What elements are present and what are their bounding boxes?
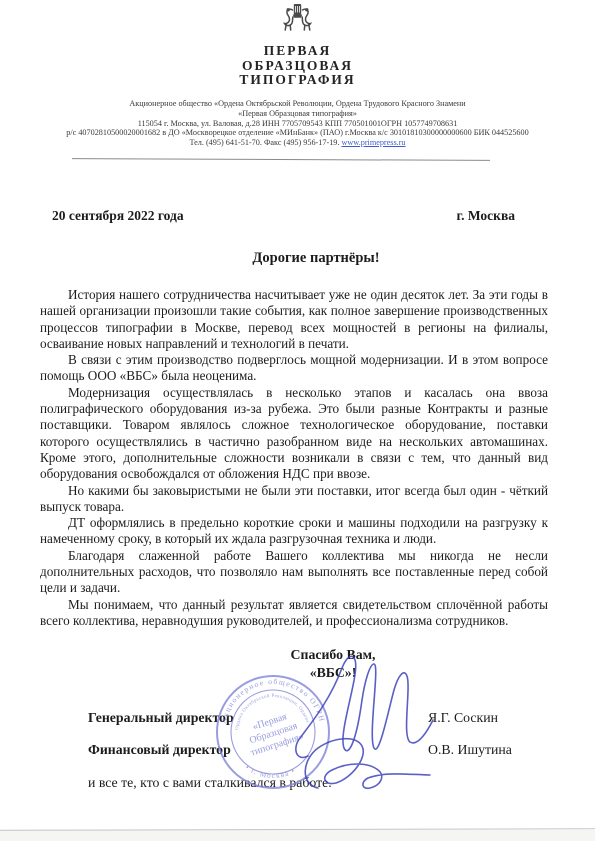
stamp-ring-top-text: Акционерное общество ОГРН [219, 677, 327, 725]
letterhead-address: Акционерное общество «Ордена Октябрьской… [0, 99, 595, 148]
thanks-line: Спасибо Вам, [243, 646, 423, 664]
letter-city: г. Москва [457, 208, 515, 224]
svg-text:Акционерное общество ОГРН: Акционерное общество ОГРН [219, 677, 327, 725]
company-title-line: ПЕРВАЯ [0, 44, 595, 59]
website-link[interactable]: www.primepress.ru [341, 138, 405, 147]
paragraph: Мы понимаем, что данный результат являет… [40, 597, 548, 630]
date-city-row: 20 сентября 2022 года г. Москва [52, 208, 515, 224]
salutation: Дорогие партнёры! [56, 250, 576, 267]
paragraph: Но какими бы заковыристыми не были эти п… [40, 483, 548, 516]
scan-footer-strip [0, 830, 595, 841]
paragraph: ДТ оформлялись в предельно короткие срок… [40, 515, 548, 548]
letter-body: История нашего сотрудничества насчитывае… [40, 287, 548, 629]
company-title-line: ТИПОГРАФИЯ [0, 73, 595, 88]
closing-line: и все те, кто с вами сталкивался в работ… [88, 775, 332, 791]
paragraph: В связи с этим производство подверглось … [40, 352, 548, 385]
address-line: Акционерное общество «Ордена Октябрьской… [0, 99, 595, 109]
paragraph: Модернизация осуществлялась в несколько … [40, 385, 548, 483]
paragraph: Благодаря слаженной работе Вашего коллек… [40, 548, 548, 597]
paragraph: История нашего сотрудничества насчитывае… [40, 287, 548, 352]
phone-fax-text: Тел. (495) 641-51-70. Факс (495) 956-17-… [189, 138, 339, 147]
address-line: «Первая Образцовая типография» [0, 109, 595, 119]
stamp-ring-inner-text: Ордена Октябрьской Революции, Ордена [235, 694, 310, 730]
svg-text:Ордена Октябрьской Революции,: Ордена Октябрьской Революции, Ордена [235, 694, 310, 730]
director-name: О.В. Ишутина [428, 742, 512, 758]
thanks-block: Спасибо Вам, «ВБС»! [243, 646, 423, 682]
address-line: 115054 г. Москва, ул. Валовая, д.28 ИНН … [0, 119, 595, 129]
stamp-center-line: Образцовая [248, 720, 299, 746]
printing-house-emblem-icon [280, 3, 315, 39]
letter-page: ПЕРВАЯ ОБРАЗЦОВАЯ ТИПОГРАФИЯ Акционерное… [0, 0, 595, 841]
stamp-center-line: типография» [249, 731, 305, 758]
address-line-contacts: Тел. (495) 641-51-70. Факс (495) 956-17-… [0, 138, 595, 148]
director-title: Генеральный директор [88, 710, 234, 726]
stamp-center-line: «Первая [251, 711, 288, 732]
address-line: р/с 40702810500020001682 в ДО «Москворец… [0, 128, 595, 138]
company-title-line: ОБРАЗЦОВАЯ [0, 59, 595, 74]
company-stamp: Акционерное общество ОГРН Ордена Октябрь… [217, 676, 329, 788]
director-title: Финансовый директор [88, 742, 231, 758]
thanks-line: «ВБС»! [243, 664, 423, 682]
director-name: Я.Г. Соскин [428, 710, 498, 726]
company-title: ПЕРВАЯ ОБРАЗЦОВАЯ ТИПОГРАФИЯ [0, 44, 595, 88]
header-divider [72, 158, 490, 161]
letter-date: 20 сентября 2022 года [52, 208, 184, 224]
